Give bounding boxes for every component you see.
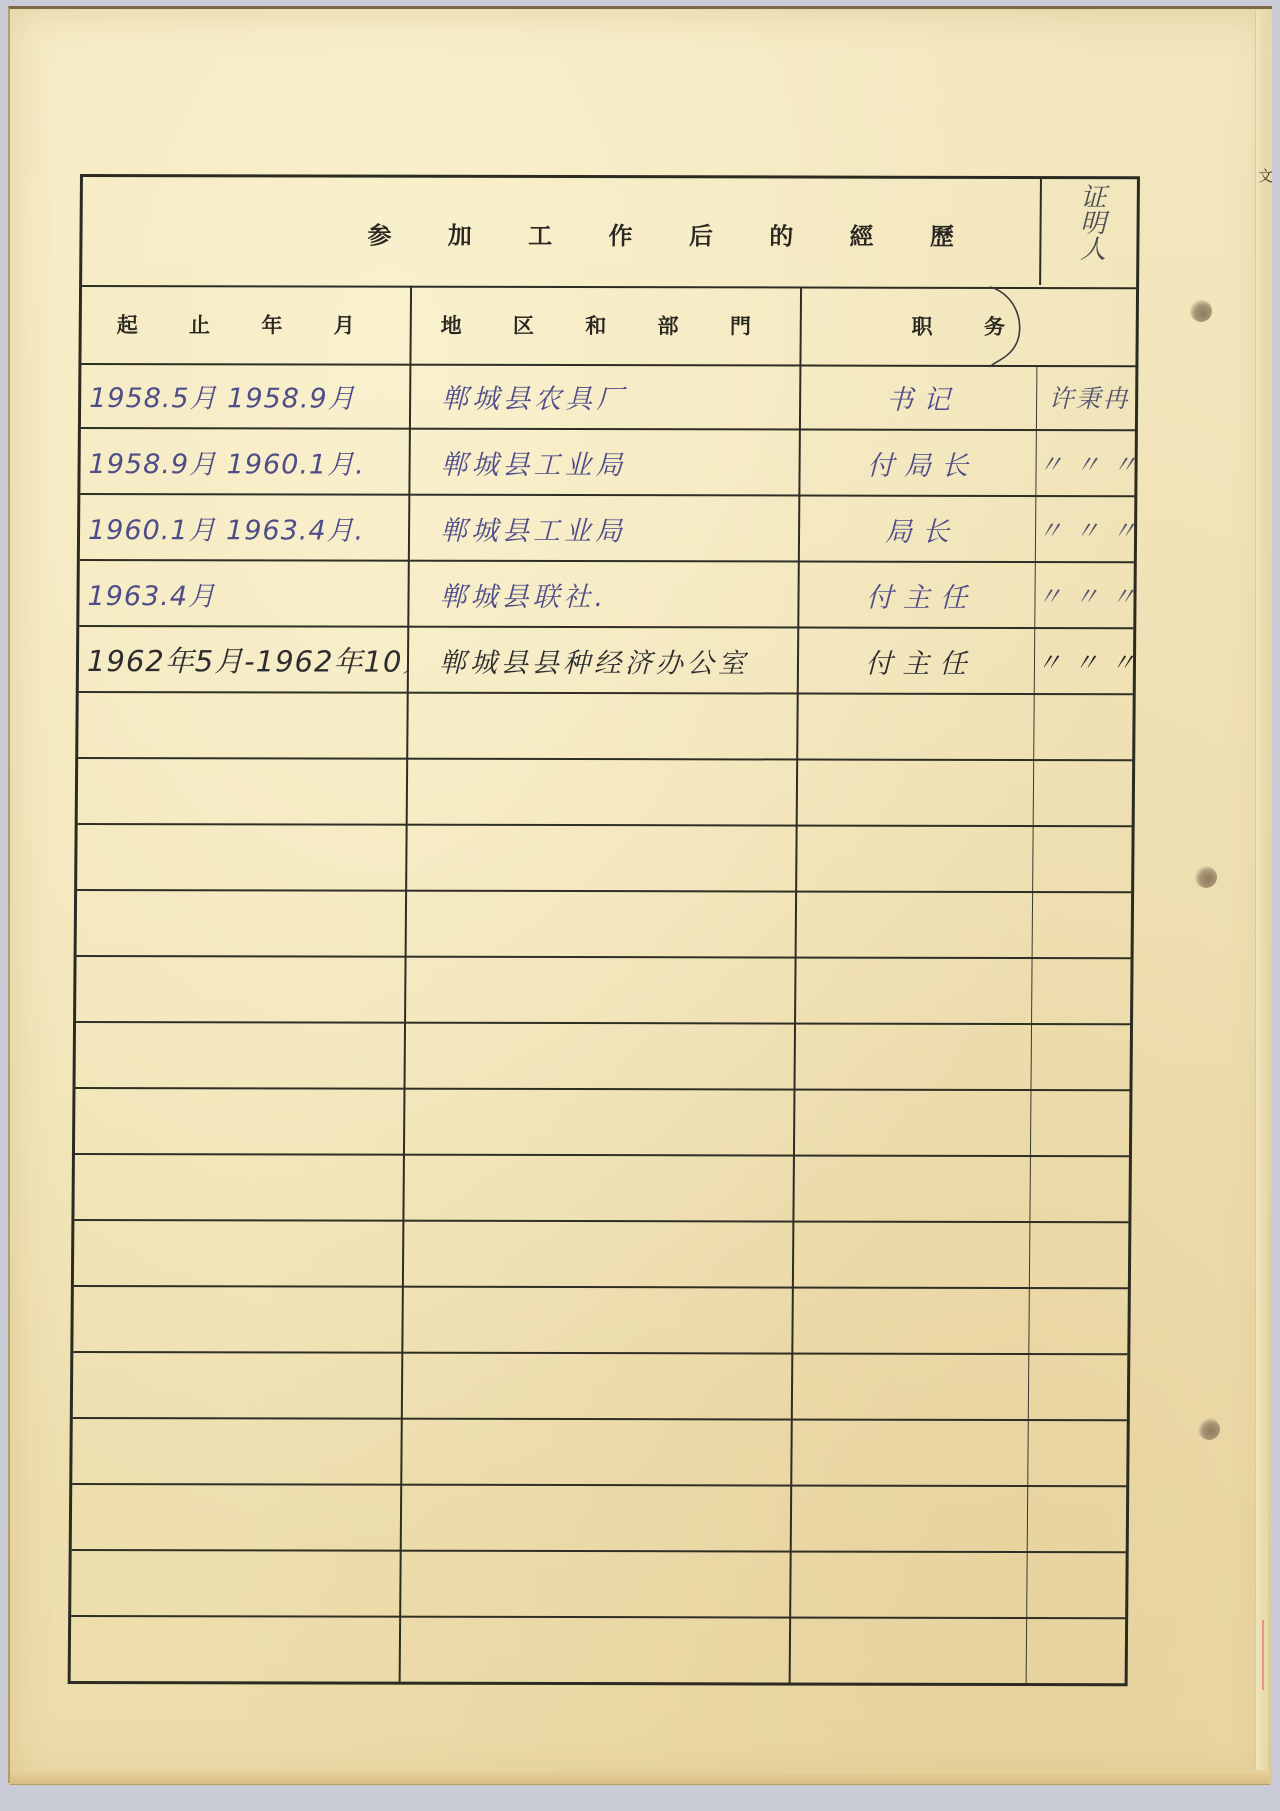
table-row [74, 1221, 1129, 1289]
work-history-table: 参 加 工 作 后 的 經 歷 证明人 起 止 年 月 地 区 和 部 門 职 … [68, 174, 1140, 1686]
table-row: 1963.4月 郸城县联社. 付主任 〃 〃 〃 [79, 561, 1134, 629]
page-edge-strip [1255, 10, 1268, 1775]
witness-cell: 〃 〃 〃 [1041, 629, 1134, 693]
header-position: 职 务 [801, 287, 1137, 366]
period-cell: 1960.1月 1963.4月. [88, 495, 409, 560]
table-row [78, 759, 1133, 827]
position-cell: 局长 [822, 497, 1023, 561]
header-period: 起 止 年 月 [81, 285, 412, 364]
table-row [73, 1353, 1128, 1421]
table-row [72, 1419, 1127, 1487]
punch-hole-icon [1190, 300, 1212, 322]
form-title: 参 加 工 作 后 的 經 歷 [367, 216, 978, 252]
margin-character: 文 [1258, 165, 1273, 186]
punch-hole-icon [1198, 1418, 1220, 1440]
table-row [71, 1617, 1126, 1683]
witness-cell: 许秉冉 [1043, 365, 1136, 429]
witness-cell: 〃 〃 〃 [1042, 497, 1135, 561]
column-header-row: 起 止 年 月 地 区 和 部 門 职 务 [81, 285, 1136, 367]
title-row: 参 加 工 作 后 的 經 歷 证明人 [82, 177, 1137, 289]
witness-cell: 〃 〃 〃 [1041, 563, 1134, 627]
period-cell: 1962年5月-1962年10月 [87, 627, 408, 692]
department-cell: 郸城县农具厂 [441, 364, 792, 429]
table-row [72, 1485, 1127, 1553]
table-row [78, 693, 1133, 761]
position-cell: 付局长 [822, 431, 1023, 495]
department-cell: 郸城县县种经济办公室 [439, 628, 790, 693]
punch-hole-icon [1195, 866, 1217, 888]
position-cell: 付主任 [821, 563, 1022, 627]
period-cell: 1963.4月 [87, 561, 408, 626]
table-row [71, 1551, 1126, 1619]
table-row [74, 1155, 1129, 1223]
red-mark [1262, 1620, 1264, 1690]
period-cell: 1958.5月 1958.9月 [89, 363, 410, 428]
table-row [77, 891, 1132, 959]
table-row [75, 1089, 1130, 1157]
position-cell: 书记 [823, 365, 1024, 429]
table-row: 1958.9月 1960.1月. 郸城县工业局 付局长 〃 〃 〃 [80, 429, 1135, 497]
witness-header-cell: 证明人 [1039, 179, 1142, 285]
table-row: 1960.1月 1963.4月. 郸城县工业局 局长 〃 〃 〃 [80, 495, 1135, 563]
witness-cell: 〃 〃 〃 [1042, 431, 1135, 495]
table-row [75, 1023, 1130, 1091]
table-row [76, 957, 1131, 1025]
table-body: 1958.5月 1958.9月 郸城县农具厂 书记 许秉冉 1958.9月 19… [71, 363, 1136, 1683]
hand-drawn-curve [986, 285, 1057, 369]
table-row: 1962年5月-1962年10月 郸城县县种经济办公室 付主任 〃 〃 〃 [79, 627, 1134, 695]
department-cell: 郸城县工业局 [440, 496, 791, 561]
period-cell: 1958.9月 1960.1月. [88, 429, 409, 494]
table-row [73, 1287, 1128, 1355]
department-cell: 郸城县工业局 [440, 430, 791, 495]
header-region-department: 地 区 和 部 門 [411, 286, 802, 365]
table-row: 1958.5月 1958.9月 郸城县农具厂 书记 许秉冉 [81, 363, 1136, 431]
page-bottom-edge [10, 1770, 1270, 1785]
table-row [77, 825, 1132, 893]
position-cell: 付主任 [821, 629, 1022, 693]
witness-header: 证明人 [1065, 183, 1106, 261]
department-cell: 郸城县联社. [439, 562, 790, 627]
